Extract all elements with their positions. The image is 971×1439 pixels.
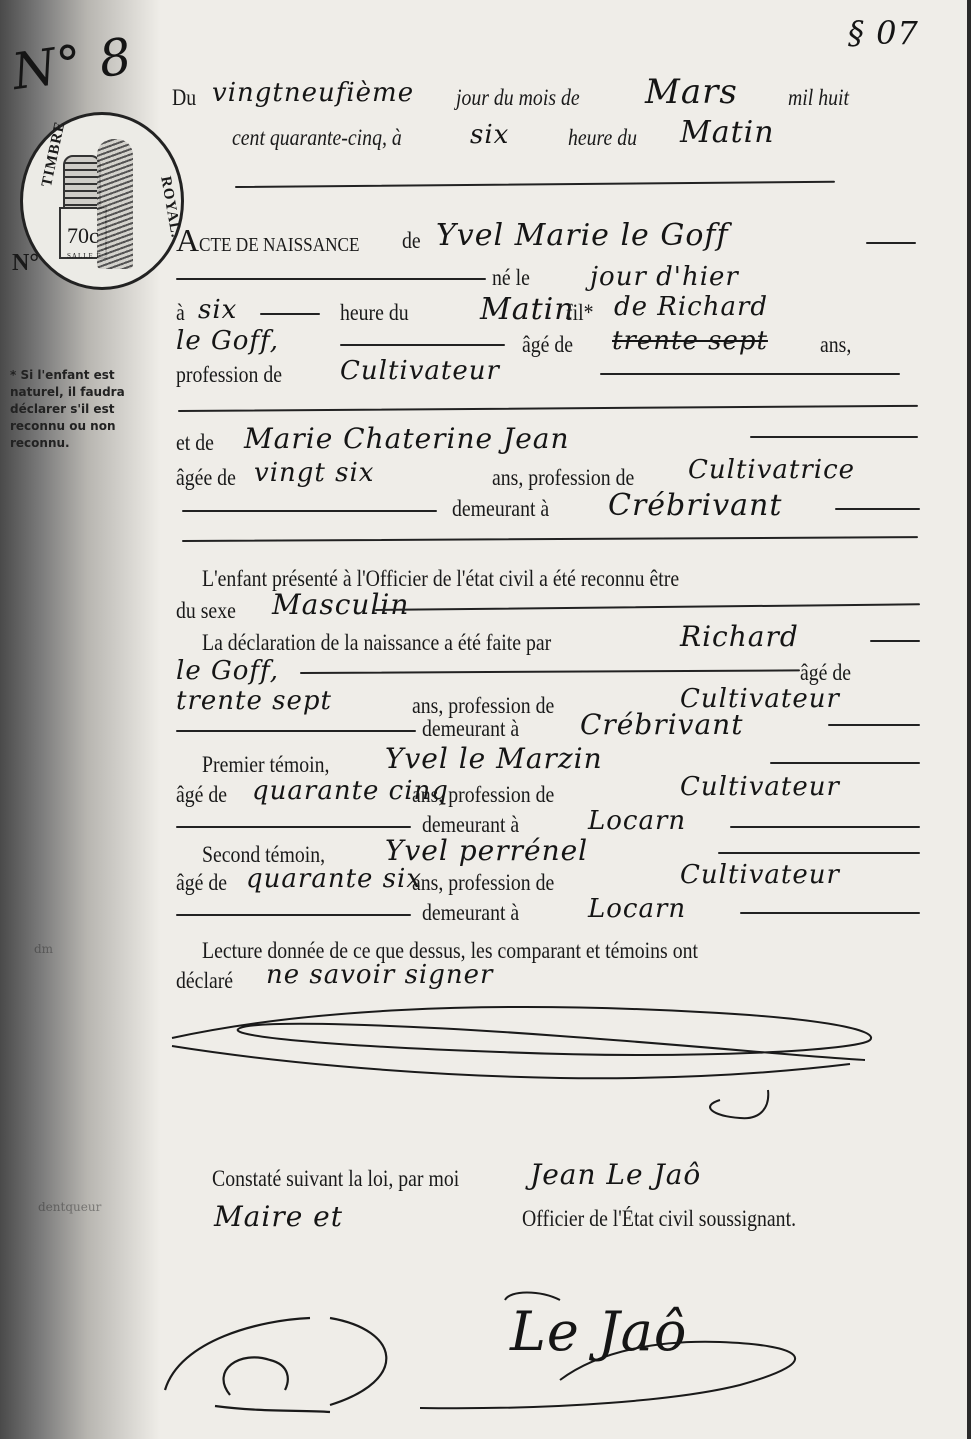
allegorical-figure-icon — [97, 139, 133, 269]
label-du-sexe: du sexe — [176, 598, 236, 624]
witness2-age: quarante six — [246, 864, 422, 894]
rule — [870, 640, 920, 642]
rule — [176, 278, 486, 280]
father-age: trente sept — [612, 326, 768, 356]
child-name: Yvel Marie le Goff — [436, 218, 729, 253]
label-age-de: âgé de — [176, 782, 227, 808]
label-demeurant-a: demeurant à — [452, 496, 549, 522]
corner-note: § 07 — [848, 14, 919, 52]
witness2-profession: Cultivateur — [680, 860, 840, 890]
mother-profession: Cultivatrice — [688, 455, 855, 485]
rule — [178, 405, 918, 412]
header-month: Mars — [645, 72, 738, 112]
stamp-side-label: N° — [12, 250, 39, 277]
born-time: Matin — [480, 292, 575, 327]
header-jour-du-mois: jour du mois de — [456, 85, 580, 111]
rule — [835, 508, 920, 510]
label-fils: fil* — [566, 300, 593, 326]
label-ans: ans, — [820, 332, 851, 358]
declarant-sentence: La déclaration de la naissance a été fai… — [202, 630, 551, 656]
witness1-profession: Cultivateur — [680, 772, 840, 802]
rule — [375, 603, 920, 611]
rule — [176, 914, 411, 916]
label-age-de: âgé de — [800, 660, 851, 686]
officer-constate: Constaté suivant la loi, par moi — [212, 1166, 459, 1192]
label-agee-de: âgée de — [176, 465, 236, 491]
rule — [260, 313, 320, 315]
rule — [740, 912, 920, 914]
rule — [182, 510, 437, 512]
rule — [866, 242, 916, 244]
title-rest: CTE DE NAISSANCE — [199, 234, 360, 257]
tablet-icon — [63, 155, 101, 209]
witness2-name: Yvel perrénel — [385, 834, 588, 867]
mother-age: vingt six — [254, 458, 374, 488]
header-du: Du — [172, 85, 196, 111]
rule — [300, 669, 800, 674]
label-et-de: et de — [176, 430, 214, 456]
margin-ghost-text: dentqueur — [38, 1200, 101, 1214]
declarant-age: trente sept — [176, 686, 332, 716]
label-age-de: âgé de — [522, 332, 573, 358]
label-demeurant-a: demeurant à — [422, 900, 519, 926]
label-ne-le: né le — [492, 265, 530, 291]
officer-title: Maire et — [214, 1200, 343, 1233]
witness2-residence: Locarn — [588, 894, 686, 924]
rule — [828, 724, 920, 726]
rule — [718, 852, 920, 854]
title-initial: A — [176, 222, 199, 258]
rule — [176, 826, 411, 828]
page-fold-shadow-top — [0, 0, 80, 700]
father-last-name: le Goff, — [176, 326, 279, 356]
sex-value: Masculin — [272, 588, 409, 621]
rule — [176, 730, 416, 732]
header-heure-du: heure du — [568, 125, 637, 151]
margin-ghost-text: dm — [34, 942, 53, 956]
witness1-residence: Locarn — [588, 806, 686, 836]
witness1-name: Yvel le Marzin — [385, 742, 603, 775]
rule — [730, 826, 920, 828]
declarant-first-name: Richard — [680, 620, 799, 653]
mother-residence: Crébrivant — [608, 488, 782, 523]
officer-officier-label: Officier de l'État civil soussignant. — [522, 1206, 796, 1232]
declarant-last-name: le Goff, — [176, 656, 279, 686]
label-heure-du: heure du — [340, 300, 409, 326]
born-date: jour d'hier — [590, 262, 739, 292]
header-time-of-day: Matin — [680, 115, 775, 150]
father-first-name: de Richard — [614, 292, 768, 322]
label-profession-de: profession de — [176, 362, 282, 388]
rule — [770, 762, 920, 764]
rule — [340, 344, 505, 346]
father-profession: Cultivateur — [340, 356, 500, 386]
header-day: vingtneufième — [212, 78, 414, 108]
reading-value: ne savoir signer — [266, 960, 493, 990]
label-a: à — [176, 300, 185, 326]
royal-stamp: TIMBRE ROYAL. 70c SALLE F — [20, 112, 184, 290]
officer-name: Jean Le Jaô — [530, 1158, 701, 1191]
rule — [235, 181, 835, 188]
declarant-residence: Crébrivant — [580, 708, 743, 741]
header-mil-huit: mil huit — [788, 85, 849, 111]
label-demeurant-a: demeurant à — [422, 716, 519, 742]
label-declare: déclaré — [176, 968, 233, 994]
page-edge — [967, 0, 971, 1439]
rule — [750, 436, 918, 438]
rule — [600, 373, 900, 375]
rule — [182, 536, 918, 542]
born-hour: six — [198, 295, 237, 325]
label-de: de — [402, 228, 421, 254]
header-year: cent quarante-cinq, à — [232, 125, 402, 151]
stamp-value: 70c — [67, 223, 99, 249]
margin-note: * Si l'enfant est naturel, il faudra déc… — [10, 367, 170, 452]
officer-signature: Le Jaô — [510, 1300, 687, 1363]
witness1-label: Premier témoin, — [202, 752, 329, 778]
label-ans-profession: ans, profession de — [412, 782, 554, 808]
mother-name: Marie Chaterine Jean — [244, 422, 570, 455]
header-hour: six — [470, 120, 509, 150]
label-age-de: âgé de — [176, 870, 227, 896]
stamp-sub: SALLE F — [67, 252, 101, 260]
label-ans-profession: ans, profession de — [412, 870, 554, 896]
